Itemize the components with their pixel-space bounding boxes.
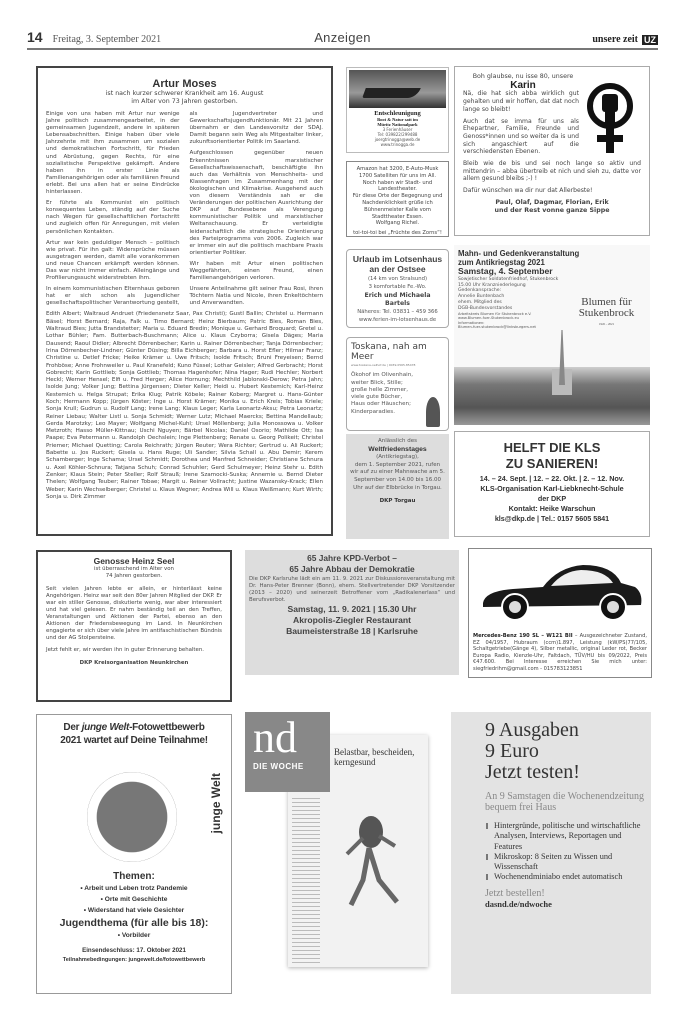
ad-website[interactable]: www.toskana-oelhof.de | 0039.0565.85478 xyxy=(351,362,444,369)
event-address: Baumeisterstraße 18 | Karlsruhe xyxy=(249,626,455,637)
subtitle-line: ist nach kurzer schwerer Krankheit am 16… xyxy=(46,90,323,98)
ad-title: Toskana, nah am Meer xyxy=(351,342,444,362)
offer-subheadline: An 9 Samstagen die Wochenendzeitung bequ… xyxy=(485,791,645,813)
terms-link[interactable]: Teilnahmebedingungen: jungewelt.de/fotow… xyxy=(37,956,231,964)
text-line: Noch haben wir Stadt- und Landestheater. xyxy=(351,180,444,194)
subtitle-line: 74 Jahren gestorben. xyxy=(46,573,222,580)
ad-kls-renovation: HELFT DIE KLS ZU SANIEREN! 14. – 24. Sep… xyxy=(454,431,650,537)
obelisk-icon xyxy=(559,330,565,385)
ad-dkp-torgau: Anlässlich des Weltfriedenstages (Antikr… xyxy=(346,434,449,539)
ad-body: Mercedes-Benz 190 SL – W121 BII – Ausgez… xyxy=(473,633,647,672)
ad-title: HELFT DIE KLS xyxy=(458,440,646,456)
event-date: Samstag, 4. September xyxy=(458,267,646,276)
title-line: 65 Jahre Abbau der Demokratie xyxy=(249,564,455,575)
organizer: KLS-Organisation Karl-Liebknecht-Schule xyxy=(458,484,646,494)
paragraph: Unsere Anteilnahme gilt seiner Frau Rosi… xyxy=(190,286,324,307)
ad-title: Der junge Welt-Fotowettbewerb xyxy=(41,721,227,734)
ad-nd-die-woche: Belastbar, bescheiden, kerngesund nd DIE… xyxy=(245,712,651,994)
ad-greeting-theater: Amazon hat 3200, E-Auto-Musk 1700 Satell… xyxy=(346,161,449,237)
theme-item: • Arbeit und Leben trotz Pandemie xyxy=(37,883,231,894)
text-line: Amazon hat 3200, E-Auto-Musk 1700 Satell… xyxy=(351,166,444,180)
paragraph: Wir haben mit Artur einen politischen We… xyxy=(190,261,324,282)
junge-welt-logo: junge Welt xyxy=(209,773,223,833)
offer-bullets: Hintergründe, politische und wirtschaftl… xyxy=(485,821,645,883)
offer-headline: Jetzt testen! xyxy=(485,762,645,783)
signature: Paul, Olaf, Dagmar, Florian, Erik xyxy=(463,199,641,207)
paragraph: Nä, die hat sich abba wirklich gut gehal… xyxy=(463,90,579,113)
offer-headline: 9 Ausgaben xyxy=(485,720,645,741)
uz-logo-icon: UZ xyxy=(642,35,658,45)
signature: DKP Kreisorganisation Neunkirchen xyxy=(46,660,222,667)
ad-title: 2021 wartet auf Deine Teilnahme! xyxy=(41,734,227,747)
paragraph: Er führte als Kommunist ein politisch ko… xyxy=(46,200,180,235)
paragraph: Aufgeschlossen gegenüber neuen Erkenntni… xyxy=(190,150,324,256)
text-line: große helle Zimmer, xyxy=(351,387,444,394)
paragraph: Bleib wie de bis und sei noch lange so a… xyxy=(463,160,641,183)
text-line: weiter Blick, Stille; xyxy=(351,380,444,387)
ad-lotsenhaus: Urlaub im Lotsenhaus an der Ostsee (14 k… xyxy=(346,249,449,328)
mourners-list: Edith Albert; Waltraud Andruet (Friedens… xyxy=(46,311,323,501)
text-line: (Antikriegstag), xyxy=(350,454,445,462)
signature: und der Rest vonne ganze Sippe xyxy=(463,207,641,215)
paragraph: Seit vielen Jahren lebte er allein, er h… xyxy=(46,586,222,642)
text-line: toi-toi-toi bei „Früchte des Zorns“! xyxy=(351,230,444,237)
contest-details: Themen: • Arbeit und Leben trotz Pandemi… xyxy=(37,870,231,964)
event-name: Weltfriedenstages xyxy=(368,446,426,453)
page-header: 14 Freitag, 3. September 2021 Anzeigen u… xyxy=(27,30,658,50)
logo-years: 1945 – 2021 xyxy=(569,319,644,330)
event-dates: 14. – 24. Sept. | 12. – 22. Okt. | 2. – … xyxy=(458,474,646,484)
text-line: Für diese Orte der Begegnung und Nachden… xyxy=(351,193,444,220)
ad-detail: (14 km von Stralsund) xyxy=(351,276,444,284)
boat-photo xyxy=(349,70,446,108)
youth-heading: Jugendthema (für alle bis 18): xyxy=(37,916,231,930)
obituary-subtitle: ist überraschend im Alter von74 Jahren g… xyxy=(46,566,222,580)
subtitle-line: im Alter von 73 Jahren gestorben. xyxy=(46,98,323,106)
deadline: Einsendeschluss: 17. Oktober 2021 xyxy=(37,945,231,956)
obituary-subtitle: ist nach kurzer schwerer Krankheit am 16… xyxy=(46,90,323,106)
ad-title: Urlaub im Lotsenhaus an der Ostsee xyxy=(351,254,444,274)
ad-signature: DKP Torgau xyxy=(380,498,416,504)
order-cta: Jetzt bestellen! xyxy=(485,888,645,899)
ad-body: dem 1. September 2021, rufen wir auf zu … xyxy=(350,462,445,492)
ad-detail: 3 komfortable Fe.-Wo. xyxy=(351,284,444,292)
obituary-name: Genosse Heinz Seel xyxy=(46,558,222,565)
title-part: junge Welt xyxy=(82,722,129,733)
ad-title: 65 Jahre KPD-Verbot –65 Jahre Abbau der … xyxy=(249,553,455,574)
ad-website[interactable]: www.ferien-im-lotsenhaus.de xyxy=(351,317,444,325)
logo-text: Stukenbrock xyxy=(569,308,644,319)
ad-title: Mahn- und Gedenkveranstaltung xyxy=(458,249,646,258)
cypress-tree-icon xyxy=(426,397,440,427)
brand-name: unsere zeit xyxy=(592,34,638,45)
obituary-body: Einige von uns haben mit Artur nur wenig… xyxy=(46,111,323,309)
bullet-item: Wochenendminiabo endet automatisch xyxy=(485,872,645,882)
text-line: Anlässlich des xyxy=(350,438,445,446)
logo-subtext: DIE WOCHE xyxy=(253,762,322,771)
obituary-artur-moses: Artur Moses ist nach kurzer schwerer Kra… xyxy=(36,66,333,536)
blumen-fuer-stukenbrock-logo: Blumen fürStukenbrock1945 – 2021 xyxy=(569,297,644,330)
bullet-item: Hintergründe, politische und wirtschaftl… xyxy=(485,821,645,852)
bullet-item: Mikroskop: 8 Seiten zu Wissen und Wissen… xyxy=(485,852,645,873)
theme-item: • Orte mit Geschichte xyxy=(37,894,231,905)
theme-item: • Vorbilder xyxy=(37,930,231,941)
paragraph: Dafür wünschen wa dir nur dat Allerbeste… xyxy=(463,187,641,195)
ad-toskana: Toskana, nah am Meer www.toskana-oelhof.… xyxy=(346,337,449,431)
brand: unsere zeitUZ xyxy=(592,34,658,45)
nd-left-panel: Belastbar, bescheiden, kerngesund nd DIE… xyxy=(245,712,451,994)
contact-email-phone[interactable]: kls@dkp.de | Tel.: 0157 5605 5841 xyxy=(458,514,646,524)
ad-contact-names: Erich und Michaela Bartels xyxy=(364,292,430,308)
ad-entschleunigung: Entschleunigung Boot & Natur satt im Mür… xyxy=(346,67,449,153)
nd-offer: 9 Ausgaben 9 Euro Jetzt testen! An 9 Sam… xyxy=(485,720,645,909)
logo-text: nd xyxy=(253,714,322,762)
paragraph: Artur war kein geduldiger Mensch – polit… xyxy=(46,240,180,283)
ad-junge-welt-photo-contest: Der junge Welt-Fotowettbewerb 2021 warte… xyxy=(36,714,232,994)
ad-phone: Näheres: Tel. 03831 – 459 366 xyxy=(351,309,444,317)
ad-mercedes-sale: Mercedes-Benz 190 SL – W121 BII – Ausgez… xyxy=(468,548,652,678)
paragraph: Auch dat se imma für uns als Ehepartner,… xyxy=(463,118,579,157)
event-date: Samstag, 11. 9. 2021 | 15.30 Uhr xyxy=(249,604,455,615)
ad-stukenbrock: Mahn- und Gedenkveranstaltung zum Antikr… xyxy=(454,245,650,425)
cover-headline: Belastbar, bescheiden, kerngesund xyxy=(334,747,422,767)
car-model: Mercedes-Benz 190 SL – W121 BII xyxy=(473,633,573,639)
paragraph: Jetzt fehlt er, wir werden ihn in guter … xyxy=(46,647,222,654)
paragraph: Einige von uns haben mit Artur nur wenig… xyxy=(46,111,180,196)
event-venue: Akropolis-Ziegler Restaurant xyxy=(249,615,455,626)
section-title: Anzeigen xyxy=(27,30,658,45)
robot-runner-icon xyxy=(343,810,403,930)
organizer: der DKP xyxy=(458,494,646,504)
contact: Kontakt: Heike Warschun xyxy=(458,504,646,514)
feminist-fist-icon xyxy=(583,81,637,155)
order-url[interactable]: dasnd.de/ndwoche xyxy=(485,899,645,909)
text-line: Wolfgang Richel. xyxy=(351,220,444,227)
honoree-name: Karin xyxy=(463,82,583,90)
obituary-heinz-seel: Genosse Heinz Seel ist überraschend im A… xyxy=(36,550,232,702)
offer-headline: 9 Euro xyxy=(485,741,645,762)
title-part: Der xyxy=(63,722,81,733)
title-line: 65 Jahre KPD-Verbot – xyxy=(249,553,455,564)
themes-heading: Themen: xyxy=(37,870,231,883)
ad-birthday-karin: Boh glaubse, nu isse 80, unsere Karin Nä… xyxy=(454,66,650,236)
theme-item: • Widerstand hat viele Gesichter xyxy=(37,905,231,916)
ad-title: ZU SANIEREN! xyxy=(458,456,646,472)
vintage-car-icon xyxy=(473,553,649,629)
title-part: -Fotowettbewerb xyxy=(129,722,205,733)
ad-body: Die DKP Karlsruhe lädt ein am 11. 9. 202… xyxy=(249,576,455,604)
text-line: Ökohof im Olivenhain, xyxy=(351,372,444,379)
photographer-logo-icon xyxy=(87,772,177,862)
subtitle-line: ist überraschend im Alter von xyxy=(46,566,222,573)
ad-kpd-verbot: 65 Jahre KPD-Verbot –65 Jahre Abbau der … xyxy=(245,550,459,675)
ad-website[interactable]: www.trinogga.de xyxy=(349,142,446,147)
obituary-name: Artur Moses xyxy=(46,78,323,90)
nd-logo: nd DIE WOCHE xyxy=(245,712,330,792)
ad-title: Entschleunigung xyxy=(349,110,446,117)
cover-sidebar xyxy=(292,795,320,965)
car-description: – Ausgezeichneter Zustand, EZ 04/1957, H… xyxy=(473,633,647,672)
